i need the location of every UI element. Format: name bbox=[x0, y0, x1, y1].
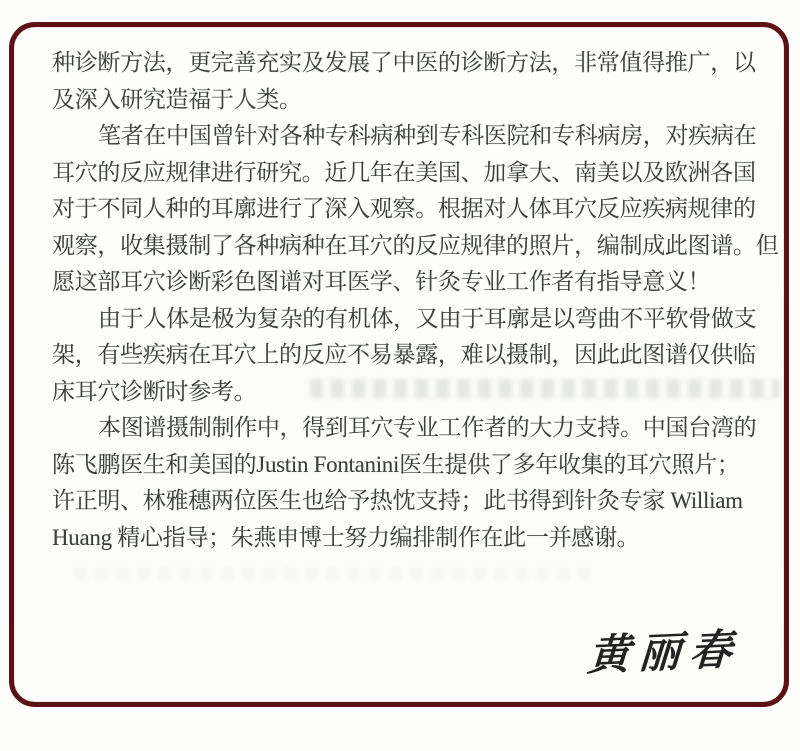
text-line: 笔者在中国曾针对各种专科病种到专科医院和专科病房，对疾病在 bbox=[52, 118, 764, 155]
page-bleedthrough-faint bbox=[74, 567, 594, 581]
text-line: 观察，收集摄制了各种病种在耳穴的反应规律的照片，编制成此图谱。但 bbox=[52, 228, 764, 265]
text-line: 床耳穴诊断时参考。 bbox=[52, 374, 764, 411]
preface-text: 种诊断方法，更完善充实及发展了中医的诊断方法，非常值得推广，以及深入研究造福于人… bbox=[52, 45, 764, 556]
text-line: 对于不同人种的耳廓进行了深入观察。根据对人体耳穴反应疾病规律的 bbox=[52, 191, 764, 228]
text-line: Huang 精心指导；朱燕申博士努力编排制作在此一并感谢。 bbox=[52, 520, 764, 557]
page-border-frame: 种诊断方法，更完善充实及发展了中医的诊断方法，非常值得推广，以及深入研究造福于人… bbox=[9, 22, 789, 707]
text-line: 耳穴的反应规律进行研究。近几年在美国、加拿大、南美以及欧洲各国 bbox=[52, 155, 764, 192]
text-line: 愿这部耳穴诊断彩色图谱对耳医学、针灸专业工作者有指导意义！ bbox=[52, 264, 764, 301]
text-line: 种诊断方法，更完善充实及发展了中医的诊断方法，非常值得推广，以 bbox=[52, 45, 764, 82]
text-line: 由于人体是极为复杂的有机体，又由于耳廓是以弯曲不平软骨做支 bbox=[52, 301, 764, 338]
text-line: 陈飞鹏医生和美国的Justin Fontanini医生提供了多年收集的耳穴照片； bbox=[52, 447, 764, 484]
text-line: 许正明、林雅穗两位医生也给予热忱支持；此书得到针灸专家 William bbox=[52, 483, 764, 520]
author-signature: 黄丽春 bbox=[586, 616, 743, 683]
book-page-scan: 种诊断方法，更完善充实及发展了中医的诊断方法，非常值得推广，以及深入研究造福于人… bbox=[0, 0, 800, 751]
text-line: 本图谱摄制制作中，得到耳穴专业工作者的大力支持。中国台湾的 bbox=[52, 410, 764, 447]
text-line: 架，有些疾病在耳穴上的反应不易暴露，难以摄制，因此此图谱仅供临 bbox=[52, 337, 764, 374]
text-line: 及深入研究造福于人类。 bbox=[52, 82, 764, 119]
